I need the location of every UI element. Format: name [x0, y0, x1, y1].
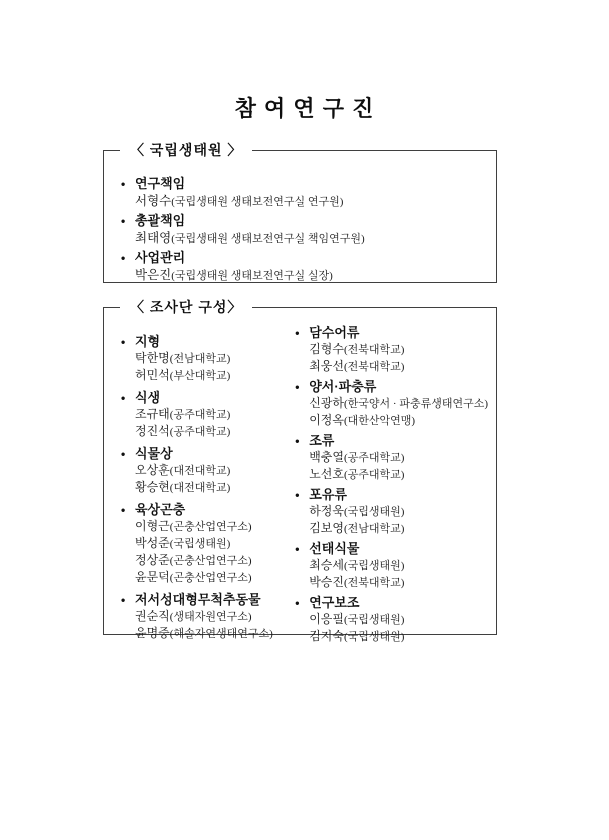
member-affiliation: (국립생태원) — [344, 506, 404, 518]
group: • 연구책임 서형수(국립생태원 생태보전연구실 연구원) — [121, 175, 484, 211]
member: 오상훈(대전대학교) — [121, 462, 295, 479]
group: • 육상곤충 이형근(곤충산업연구소) 박성준(국립생태원) 정상준(곤충산업연… — [121, 502, 295, 586]
member: 권순직(생태자원연구소) — [121, 608, 295, 625]
member: 최승세(국립생태원) — [295, 557, 488, 574]
member: 황승현(대전대학교) — [121, 479, 295, 496]
member-affiliation: (국립생태원) — [344, 560, 404, 572]
group: • 양서·파충류 신광하(한국양서 · 파충류생태연구소) 이정옥(대한산악연맹… — [295, 379, 488, 429]
member-name: 박승진 — [309, 575, 344, 589]
member-affiliation: (곤충산업연구소) — [170, 572, 252, 584]
member-affiliation: (대전대학교) — [170, 465, 230, 477]
member-affiliation: (전북대학교) — [344, 361, 404, 373]
group-title-text: 총괄책임 — [135, 212, 185, 229]
bullet-icon: • — [121, 502, 135, 518]
member-affiliation: (공주대학교) — [344, 452, 404, 464]
group: • 담수어류 김형수(전북대학교) 최웅선(전북대학교) — [295, 325, 488, 375]
member: 신광하(한국양서 · 파충류생태연구소) — [295, 395, 488, 412]
member-name: 이정옥 — [309, 413, 344, 427]
box-content: • 연구책임 서형수(국립생태원 생태보전연구실 연구원) • 총괄책임 최태영… — [104, 151, 496, 285]
group: • 연구보조 이응필(국립생태원) 김지숙(국립생태원) — [295, 595, 488, 645]
group-title-text: 연구책임 — [135, 175, 185, 192]
member-name: 최태영 — [135, 231, 171, 245]
member: 정진석(공주대학교) — [121, 423, 295, 440]
box-national-institute: 〈 국립생태원 〉 • 연구책임 서형수(국립생태원 생태보전연구실 연구원) … — [103, 150, 497, 283]
bullet-icon: • — [121, 250, 135, 267]
member-affiliation: (전북대학교) — [344, 344, 404, 356]
member-name: 김형수 — [309, 342, 344, 356]
group-title: • 조류 — [295, 433, 488, 449]
group-title-text: 지형 — [135, 334, 160, 350]
member-affiliation: (공주대학교) — [344, 469, 404, 481]
member: 이형근(곤충산업연구소) — [121, 518, 295, 535]
group-title: • 연구책임 — [121, 175, 484, 193]
bullet-icon: • — [295, 487, 309, 503]
group-title: • 선태식물 — [295, 541, 488, 557]
member: 김형수(전북대학교) — [295, 341, 488, 358]
group: • 포유류 하정욱(국립생태원) 김보영(전남대학교) — [295, 487, 488, 537]
member: 김보영(전남대학교) — [295, 520, 488, 537]
member-affiliation: (전남대학교) — [344, 523, 404, 535]
member-affiliation: (국립생태원 생태보전연구실 실장) — [171, 270, 333, 282]
group-title-text: 포유류 — [309, 487, 347, 503]
bullet-icon: • — [121, 592, 135, 608]
group-title-text: 선태식물 — [309, 541, 359, 557]
member-name: 조규태 — [135, 407, 170, 421]
member-affiliation: (공주대학교) — [170, 409, 230, 421]
group-title: • 포유류 — [295, 487, 488, 503]
group-title: • 양서·파충류 — [295, 379, 488, 395]
member: 김지숙(국립생태원) — [295, 628, 488, 645]
bullet-icon: • — [295, 379, 309, 395]
member-name: 이응필 — [309, 612, 344, 626]
member-affiliation: (부산대학교) — [170, 370, 230, 382]
document-page: 참 여 연 구 진 〈 국립생태원 〉 • 연구책임 서형수(국립생태원 생태보… — [0, 0, 609, 840]
group: • 저서성대형무척추동물 권순직(생태자원연구소) 윤명중(해솔자연생태연구소) — [121, 592, 295, 642]
member-name: 최웅선 — [309, 359, 344, 373]
member-affiliation: (전남대학교) — [170, 353, 230, 365]
group-title-text: 양서·파충류 — [309, 379, 376, 395]
group-title: • 사업관리 — [121, 249, 484, 267]
member-name: 정진석 — [135, 424, 170, 438]
member-name: 오상훈 — [135, 463, 170, 477]
group-title: • 식물상 — [121, 446, 295, 462]
member-affiliation: (해솔자연생태연구소) — [170, 628, 273, 640]
member-affiliation: (생태자원연구소) — [170, 611, 252, 623]
bullet-icon: • — [121, 213, 135, 230]
box-content: • 지형 탁한명(전남대학교) 허민석(부산대학교) • 식생 — [104, 308, 496, 649]
group: • 지형 탁한명(전남대학교) 허민석(부산대학교) — [121, 334, 295, 384]
group-title-text: 사업관리 — [135, 249, 185, 266]
column-right: • 담수어류 김형수(전북대학교) 최웅선(전북대학교) • 양서·파충류 — [295, 308, 488, 649]
member-name: 신광하 — [309, 396, 344, 410]
member-affiliation: (국립생태원) — [344, 614, 404, 626]
member: 정상준(곤충산업연구소) — [121, 552, 295, 569]
member-affiliation: (국립생태원 생태보전연구실 책임연구원) — [171, 233, 364, 245]
member-affiliation: (국립생태원) — [170, 538, 230, 550]
group: • 총괄책임 최태영(국립생태원 생태보전연구실 책임연구원) — [121, 212, 484, 248]
member: 박성준(국립생태원) — [121, 535, 295, 552]
member-affiliation: (전북대학교) — [344, 577, 404, 589]
group-title-text: 연구보조 — [309, 595, 359, 611]
member: 서형수(국립생태원 생태보전연구실 연구원) — [121, 193, 484, 211]
member-name: 백충열 — [309, 450, 344, 464]
group-title: • 식생 — [121, 390, 295, 406]
bullet-icon: • — [295, 433, 309, 449]
group: • 선태식물 최승세(국립생태원) 박승진(전북대학교) — [295, 541, 488, 591]
member-affiliation: (대전대학교) — [170, 482, 230, 494]
member: 조규태(공주대학교) — [121, 406, 295, 423]
member: 박은진(국립생태원 생태보전연구실 실장) — [121, 267, 484, 285]
member: 탁한명(전남대학교) — [121, 350, 295, 367]
group: • 사업관리 박은진(국립생태원 생태보전연구실 실장) — [121, 249, 484, 285]
group-title-text: 담수어류 — [309, 325, 359, 341]
bullet-icon: • — [121, 334, 135, 350]
bullet-icon: • — [295, 595, 309, 611]
bullet-icon: • — [295, 325, 309, 341]
group-title: • 육상곤충 — [121, 502, 295, 518]
member-name: 정상준 — [135, 553, 170, 567]
group-title: • 지형 — [121, 334, 295, 350]
member-name: 이형근 — [135, 519, 170, 533]
group-title: • 연구보조 — [295, 595, 488, 611]
member-name: 박성준 — [135, 536, 170, 550]
member-name: 윤문덕 — [135, 570, 170, 584]
member-affiliation: (국립생태원 생태보전연구실 연구원) — [171, 196, 343, 208]
group-title-text: 육상곤충 — [135, 502, 185, 518]
group: • 식물상 오상훈(대전대학교) 황승현(대전대학교) — [121, 446, 295, 496]
group-title-text: 식물상 — [135, 446, 173, 462]
member: 노선호(공주대학교) — [295, 466, 488, 483]
member-name: 허민석 — [135, 368, 170, 382]
bullet-icon: • — [295, 541, 309, 557]
member-affiliation: (곤충산업연구소) — [170, 521, 252, 533]
member: 백충열(공주대학교) — [295, 449, 488, 466]
member-affiliation: (국립생태원) — [344, 631, 404, 643]
group-title: • 저서성대형무척추동물 — [121, 592, 295, 608]
member-affiliation: (대한산악연맹) — [344, 415, 415, 427]
member-affiliation: (곤충산업연구소) — [170, 555, 252, 567]
member: 최웅선(전북대학교) — [295, 358, 488, 375]
group-title-text: 저서성대형무척추동물 — [135, 592, 261, 608]
member-name: 최승세 — [309, 558, 344, 572]
member-name: 황승현 — [135, 480, 170, 494]
member: 최태영(국립생태원 생태보전연구실 책임연구원) — [121, 230, 484, 248]
group: • 식생 조규태(공주대학교) 정진석(공주대학교) — [121, 390, 295, 440]
member-name: 김지숙 — [309, 629, 344, 643]
member-name: 서형수 — [135, 194, 171, 208]
member-name: 노선호 — [309, 467, 344, 481]
member-name: 탁한명 — [135, 351, 170, 365]
member: 윤명중(해솔자연생태연구소) — [121, 625, 295, 642]
member: 이정옥(대한산악연맹) — [295, 412, 488, 429]
member: 이응필(국립생태원) — [295, 611, 488, 628]
member-name: 권순직 — [135, 609, 170, 623]
box-survey-team: 〈 조사단 구성〉 • 지형 탁한명(전남대학교) 허민석(부산대학교) — [103, 307, 497, 635]
member: 하정욱(국립생태원) — [295, 503, 488, 520]
member-affiliation: (공주대학교) — [170, 426, 230, 438]
bullet-icon: • — [121, 176, 135, 193]
member: 박승진(전북대학교) — [295, 574, 488, 591]
box-legend: 〈 국립생태원 〉 — [120, 140, 252, 161]
group-title-text: 식생 — [135, 390, 160, 406]
member-name: 하정욱 — [309, 504, 344, 518]
member-name: 박은진 — [135, 268, 171, 282]
page-title: 참 여 연 구 진 — [0, 92, 609, 123]
bullet-icon: • — [121, 446, 135, 462]
group-title: • 총괄책임 — [121, 212, 484, 230]
column-left: • 지형 탁한명(전남대학교) 허민석(부산대학교) • 식생 — [121, 308, 295, 649]
member: 허민석(부산대학교) — [121, 367, 295, 384]
bullet-icon: • — [121, 390, 135, 406]
group-title-text: 조류 — [309, 433, 334, 449]
member-name: 김보영 — [309, 521, 344, 535]
member-name: 윤명중 — [135, 626, 170, 640]
box-legend: 〈 조사단 구성〉 — [120, 297, 252, 318]
group-title: • 담수어류 — [295, 325, 488, 341]
member-affiliation: (한국양서 · 파충류생태연구소) — [344, 398, 488, 410]
group: • 조류 백충열(공주대학교) 노선호(공주대학교) — [295, 433, 488, 483]
member: 윤문덕(곤충산업연구소) — [121, 569, 295, 586]
